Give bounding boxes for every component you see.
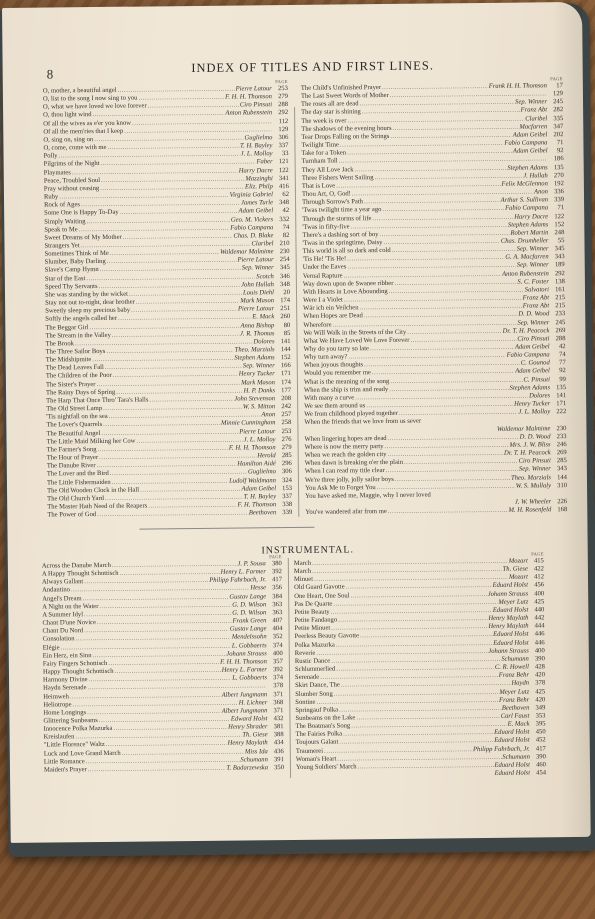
entry-page: 215 <box>549 294 565 302</box>
entry-author: Franz Abt <box>523 303 550 311</box>
entry-page: 186 <box>548 156 564 164</box>
entry-author: Meyer Lutz <box>499 688 529 696</box>
entry-author: Anon <box>261 411 275 419</box>
entry-author: Guglielmo <box>248 469 276 477</box>
entry-page: 345 <box>549 245 565 253</box>
entry-author: J. L. Molloy <box>518 409 550 417</box>
index-entry: The Power of GodBeethoven339 <box>47 509 292 520</box>
entry-page: 392 <box>266 568 282 576</box>
entry-page: 230 <box>550 425 566 433</box>
entry-page: 141 <box>274 338 290 346</box>
entry-page: 161 <box>549 286 565 294</box>
entry-page: 446 <box>529 631 545 639</box>
entry-page: 341 <box>273 175 289 183</box>
book-page: 8 INDEX OF TITLES AND FIRST LINES. PAGE … <box>2 2 591 843</box>
entry-page: 129 <box>547 90 563 98</box>
entry-page: 436 <box>268 748 284 756</box>
entry-title: Polly <box>44 153 58 161</box>
entry-page: 253 <box>272 85 288 93</box>
entry-author: Dolores <box>253 338 274 346</box>
entry-page: 245 <box>547 98 563 106</box>
entry-page: 390 <box>529 655 545 663</box>
entry-title: Heimweh <box>43 693 69 701</box>
entry-page: 337 <box>276 493 292 501</box>
entry-author: Hesse <box>250 585 266 593</box>
entry-author: Carl Faust <box>501 712 530 720</box>
entry-page: 33 <box>273 150 289 158</box>
entry-page: 349 <box>529 704 545 712</box>
entry-page: 363 <box>266 609 282 617</box>
entry-author: Mozart <box>509 574 528 582</box>
entry-title: Sontine <box>295 698 315 706</box>
leader-dots <box>377 482 515 492</box>
entry-page: 296 <box>276 460 292 468</box>
page-title: INDEX OF TITLES AND FIRST LINES. <box>43 57 583 78</box>
page-content: 8 INDEX OF TITLES AND FIRST LINES. PAGE … <box>43 52 583 58</box>
entry-page: 270 <box>548 172 564 180</box>
entry-page: 99 <box>550 376 566 384</box>
entry-page: 391 <box>268 756 284 764</box>
vocal-right-column: PAGE The Child's Unfinished PrayerFrank … <box>301 82 568 517</box>
entry-page: 245 <box>549 319 565 327</box>
entry-page: 242 <box>275 403 291 411</box>
entry-page: 208 <box>275 395 291 403</box>
entry-page: 251 <box>274 305 290 313</box>
entry-page: 337 <box>272 142 288 150</box>
entry-page: 253 <box>275 428 291 436</box>
entry-page: 20 <box>274 289 290 297</box>
entry-page: 357 <box>267 658 283 666</box>
entry-page: 440 <box>528 606 544 614</box>
entry-page: 420 <box>529 696 545 704</box>
entry-page: 210 <box>273 240 289 248</box>
entry-page: 285 <box>551 457 567 465</box>
vocal-index: PAGE O, mother, a beautiful angelPierre … <box>43 82 563 87</box>
entry-author: Beethoven <box>502 704 530 712</box>
entry-author: Mozart <box>509 558 528 566</box>
entry-page: 171 <box>275 370 291 378</box>
entry-page: 324 <box>276 476 292 484</box>
entry-page: 416 <box>273 183 289 191</box>
entry-page: 42 <box>273 207 289 215</box>
entry-page: 112 <box>272 118 288 126</box>
entry-page: 412 <box>528 574 544 582</box>
entry-title: The Brook <box>45 340 73 348</box>
entry-page: 138 <box>549 278 565 286</box>
entry-page: 335 <box>547 115 563 123</box>
entry-author: Claribel <box>525 115 547 123</box>
entry-page: 222 <box>550 408 566 416</box>
entry-title: When the friends that we love from us se… <box>304 418 421 427</box>
entry-author: Schumann <box>502 753 530 761</box>
entry-page: 254 <box>274 256 290 264</box>
entry-author: Faber <box>256 159 272 167</box>
entry-page: 306 <box>276 468 292 476</box>
page-column-header: PAGE <box>531 551 544 556</box>
entry-author: Scotch <box>256 273 274 281</box>
entry-page: 407 <box>266 617 282 625</box>
entry-page: 269 <box>549 327 565 335</box>
entry-page: 420 <box>529 672 545 680</box>
leader-dots <box>388 507 508 516</box>
instrumental-index: PAGE Across the Danube MarchJ. P. Sousa3… <box>42 557 562 562</box>
column-divider <box>288 558 291 778</box>
entry-page: 446 <box>529 639 545 647</box>
entry-author: Eduard Holst <box>495 770 531 779</box>
entry-author: H. Lichner <box>239 699 268 707</box>
entry-page: 384 <box>266 593 282 601</box>
entry-page: 258 <box>275 419 291 427</box>
entry-title: You've wandered afar from me <box>305 508 387 517</box>
entry-author: Haydn <box>511 680 529 688</box>
entry-author: E. Mack <box>252 314 274 322</box>
entry-page: 336 <box>548 188 564 196</box>
entry-page: 55 <box>548 237 564 245</box>
entry-page: 381 <box>268 723 284 731</box>
entry-title: Elégie <box>43 644 60 652</box>
entry-page: 292 <box>549 270 565 278</box>
entry-page: 332 <box>273 216 289 224</box>
page-column-header: PAGE <box>550 76 563 81</box>
entry-page: 390 <box>530 753 546 761</box>
entry-page: 368 <box>267 699 283 707</box>
index-entry: You've wandered afar from meM. H. Rosenf… <box>305 506 567 517</box>
entry-page: 456 <box>528 582 544 590</box>
entry-page: 17 <box>547 82 563 90</box>
entry-page: 395 <box>529 720 545 728</box>
page-column-header: PAGE <box>275 79 288 84</box>
instrumental-left-column: PAGE Across the Danube MarchJ. P. Sousa3… <box>42 560 284 775</box>
entry-page: 226 <box>551 498 567 506</box>
entry-author: Herold <box>257 452 276 460</box>
entry-page: 192 <box>548 180 564 188</box>
entry-page: 62 <box>273 191 289 199</box>
entry-author: C. Gounod <box>521 360 550 368</box>
entry-author: Schumann <box>240 756 268 764</box>
entry-page: 378 <box>267 682 283 690</box>
entry-page: 348 <box>274 281 290 289</box>
entry-author: Franz Behr <box>499 696 529 704</box>
entry-page: 339 <box>276 509 292 517</box>
entry-title: Young Soldiers' March <box>296 763 357 772</box>
entry-author: T. Badarzewska <box>226 764 268 773</box>
entry-page: 257 <box>275 411 291 419</box>
vocal-left-column: PAGE O, mother, a beautiful angelPierre … <box>43 85 293 520</box>
entry-title: The Power of God <box>47 511 96 520</box>
leader-dots <box>88 765 226 775</box>
entry-page: 380 <box>266 560 282 568</box>
entry-author: W. S. Mullaly <box>516 482 551 491</box>
entry-page: 233 <box>550 433 566 441</box>
entry-page: 306 <box>272 134 288 142</box>
entry-author: Macfarren <box>519 123 547 131</box>
entry-page: 260 <box>274 313 290 321</box>
entry-page: 460 <box>530 761 546 769</box>
entry-page: 121 <box>273 158 289 166</box>
entry-page: 279 <box>272 93 288 101</box>
entry-author: Franz Abt <box>523 294 550 302</box>
entry-page: 92 <box>550 368 566 376</box>
instrumental-right-column: PAGE MarchMozart415MarchTh. Giese422Minu… <box>294 557 546 780</box>
entry-page: 310 <box>551 482 567 490</box>
entry-title: March <box>294 560 311 568</box>
entry-page: 392 <box>267 666 283 674</box>
entry-page: 400 <box>528 590 544 598</box>
instrumental-heading: INSTRUMENTAL. <box>48 542 568 558</box>
entry-page: 388 <box>268 731 284 739</box>
entry-author: Eliz. Philp <box>245 183 273 191</box>
entry-author: Beethoven <box>249 509 277 517</box>
entry-page: 166 <box>275 362 291 370</box>
entry-author: Guglielmo <box>244 134 272 142</box>
entry-page: 347 <box>547 123 563 131</box>
entry-page: 246 <box>551 441 567 449</box>
entry-page: 452 <box>530 737 546 745</box>
entry-title: Wherefore <box>303 321 331 329</box>
entry-page: 348 <box>273 199 289 207</box>
entry-page: 374 <box>267 674 283 682</box>
entry-page: 400 <box>267 650 283 658</box>
entry-page: 74 <box>273 224 289 232</box>
entry-page: 122 <box>273 167 289 175</box>
entry-page: 343 <box>549 253 565 261</box>
entry-page: 153 <box>276 485 292 493</box>
entry-page: 415 <box>528 557 544 565</box>
section-rule <box>139 527 314 530</box>
entry-page: 177 <box>275 387 291 395</box>
entry-page: 343 <box>551 465 567 473</box>
entry-page: 363 <box>266 601 282 609</box>
entry-author: J. Hullah <box>523 172 548 180</box>
entry-page: 276 <box>275 436 291 444</box>
entry-author: E. Mack <box>508 721 530 729</box>
entry-page: 338 <box>276 501 292 509</box>
entry-page: 71 <box>547 139 563 147</box>
entry-page: 339 <box>548 196 564 204</box>
entry-page: 404 <box>266 625 282 633</box>
entry-page: 371 <box>267 691 283 699</box>
entry-page: 135 <box>550 384 566 392</box>
entry-page: 425 <box>529 688 545 696</box>
entry-title: Playmates <box>44 169 71 177</box>
entry-author: Claribel <box>251 240 273 248</box>
entry-page: 74 <box>550 351 566 359</box>
entry-page: 230 <box>274 248 290 256</box>
entry-author: Th. Giese <box>503 566 528 574</box>
entry-page: 374 <box>267 642 283 650</box>
entry-title: Minuet <box>294 576 313 584</box>
entry-page: 346 <box>274 273 290 281</box>
leader-dots <box>399 409 518 418</box>
entry-page: 288 <box>272 101 288 109</box>
entry-page: 352 <box>267 634 283 642</box>
entry-page: 168 <box>551 506 567 514</box>
entry-page: 353 <box>529 712 545 720</box>
entry-page: 189 <box>549 262 565 270</box>
entry-page: 152 <box>275 354 291 362</box>
entry-page: 174 <box>274 297 290 305</box>
entry-page: 428 <box>529 663 545 671</box>
entry-page: 350 <box>268 764 284 772</box>
entry-author: Th. Giese <box>242 732 267 740</box>
entry-author: Mazzinghi <box>245 175 273 183</box>
entry-title: Serenade <box>295 674 319 682</box>
entry-title: Andantino <box>42 587 70 595</box>
entry-page: 77 <box>550 359 566 367</box>
entry-page: 356 <box>266 585 282 593</box>
entry-title: Traumerei <box>296 747 323 755</box>
entry-page: 202 <box>547 131 563 139</box>
entry-page: 92 <box>547 147 563 155</box>
entry-page: 174 <box>275 379 291 387</box>
entry-page: 288 <box>549 335 565 343</box>
entry-page: 345 <box>274 264 290 272</box>
entry-page: 171 <box>550 400 566 408</box>
entry-page: 80 <box>274 322 290 330</box>
entry-author: Miss Ida <box>245 748 268 756</box>
entry-page: 152 <box>548 221 564 229</box>
entry-author: Franz Abt <box>521 107 548 115</box>
entry-page: 425 <box>528 598 544 606</box>
entry-page: 144 <box>275 346 291 354</box>
entry-page: 432 <box>267 715 283 723</box>
entry-page: 378 <box>529 680 545 688</box>
entry-page: 122 <box>548 213 564 221</box>
entry-page: 144 <box>551 474 567 482</box>
entry-author: J. P. Sousa <box>237 560 266 568</box>
entry-page: 282 <box>547 107 563 115</box>
entry-page: 400 <box>529 647 545 655</box>
entry-title: March <box>294 568 311 576</box>
entry-title: Heliotrope <box>43 701 71 709</box>
entry-page: 442 <box>528 614 544 622</box>
entry-author: Anon <box>534 188 548 196</box>
entry-author: Dolores <box>529 392 550 400</box>
entry-page: 422 <box>528 566 544 574</box>
entry-page: 141 <box>550 392 566 400</box>
entry-page: 233 <box>549 310 565 318</box>
entry-page: 434 <box>268 740 284 748</box>
entry-page: 292 <box>272 109 288 117</box>
entry-author: M. H. Rosenfeld <box>508 506 551 515</box>
entry-page: 215 <box>549 302 565 310</box>
entry-author: C. Pinsuti <box>523 376 549 384</box>
entry-page: 450 <box>530 729 546 737</box>
entry-page: 417 <box>530 745 546 753</box>
entry-author: Salvatori <box>525 286 549 294</box>
entry-page: 42 <box>550 343 566 351</box>
entry-title: Reverie <box>295 649 316 657</box>
page-column-header: PAGE <box>269 554 282 559</box>
entry-page: 269 <box>551 449 567 457</box>
entry-page: 129 <box>272 126 288 134</box>
index-entry: Maiden's PrayerT. Badarzewska350 <box>44 764 284 775</box>
entry-page: 71 <box>548 204 564 212</box>
entry-page: 85 <box>274 330 290 338</box>
entry-title: Ruby <box>44 193 58 201</box>
leader-dots <box>358 762 494 772</box>
entry-title: You have asked me, Maggie, why I never l… <box>305 491 431 500</box>
entry-page: 248 <box>548 229 564 237</box>
entry-page: 135 <box>548 164 564 172</box>
entry-author: Schumann <box>501 655 529 663</box>
leader-dots <box>97 510 248 520</box>
column-divider <box>294 107 299 517</box>
entry-title: Maiden's Prayer <box>44 766 87 775</box>
entry-page: 417 <box>266 576 282 584</box>
entry-page: 82 <box>273 232 289 240</box>
entry-page: 454 <box>530 769 546 777</box>
entry-page: 444 <box>528 623 544 631</box>
entry-page: 285 <box>276 452 292 460</box>
entry-page: 371 <box>267 707 283 715</box>
entry-page: 279 <box>276 444 292 452</box>
